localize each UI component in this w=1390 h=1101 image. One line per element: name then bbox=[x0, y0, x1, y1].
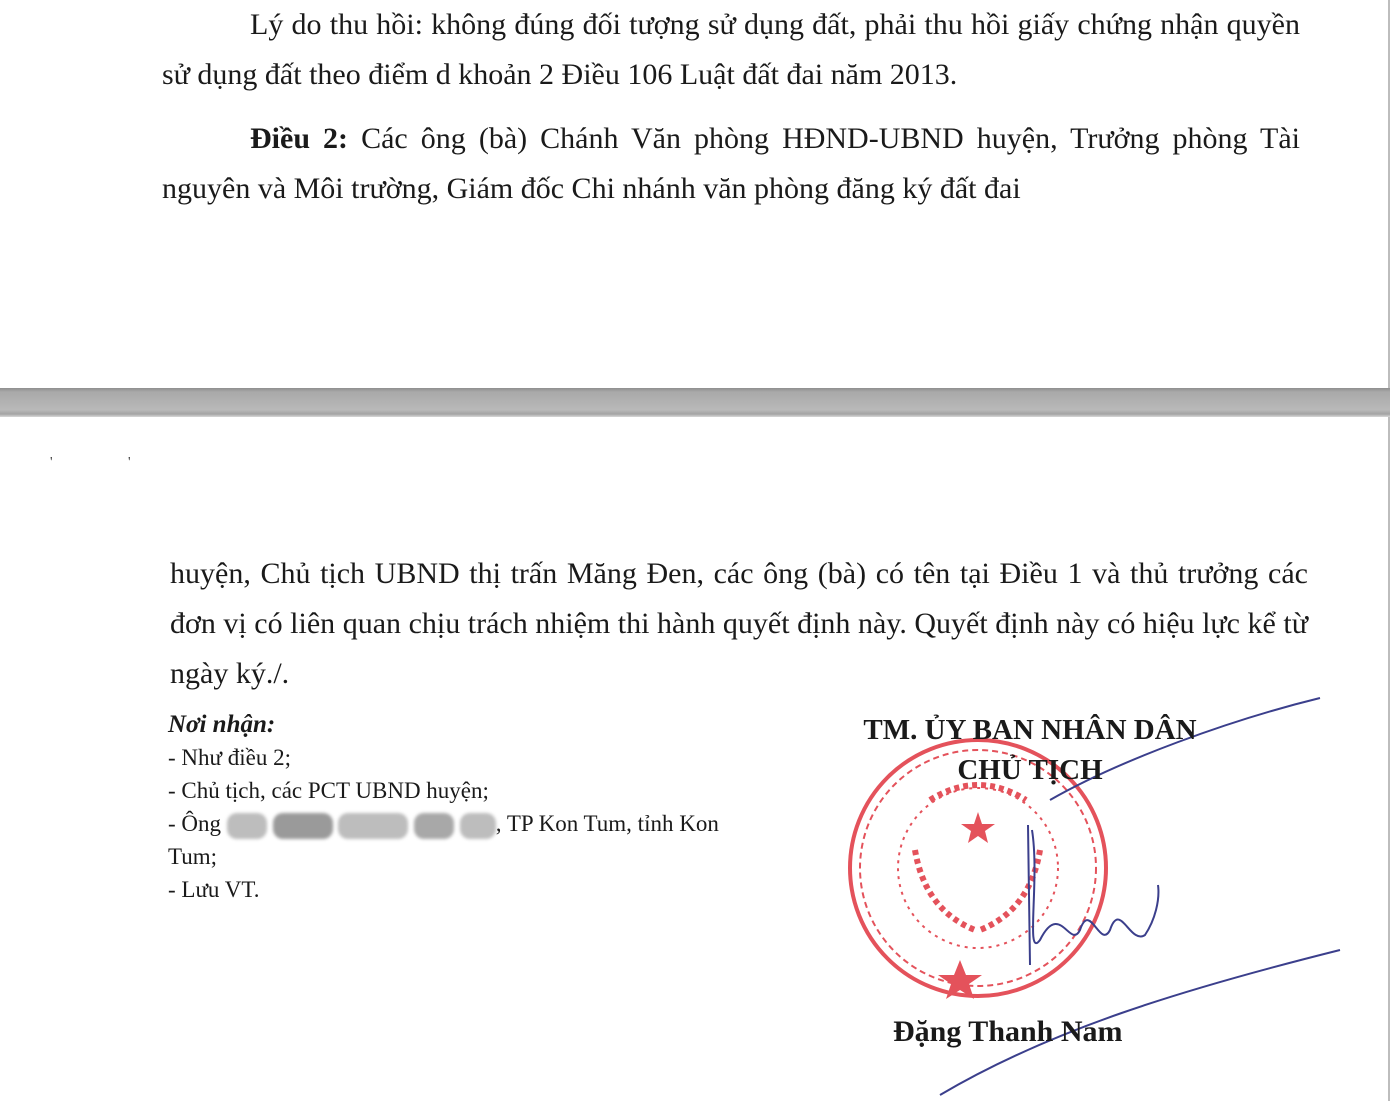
signature-role-line: CHỦ TỊCH bbox=[800, 750, 1260, 790]
document-page-top: Lý do thu hồi: không đúng đối tượng sử d… bbox=[0, 0, 1390, 388]
recipients-block: Nơi nhận: - Như điều 2; - Chủ tịch, các … bbox=[168, 708, 728, 906]
page-separator bbox=[0, 388, 1390, 417]
reason-paragraph: Lý do thu hồi: không đúng đối tượng sử d… bbox=[162, 0, 1300, 100]
article-2-label: Điều 2: bbox=[250, 122, 348, 155]
redaction-blur bbox=[227, 813, 267, 839]
recipient-item: - Như điều 2; bbox=[168, 741, 728, 774]
recipients-title: Nơi nhận: bbox=[168, 708, 728, 741]
signature-block: TM. ỦY BAN NHÂN DÂN CHỦ TỊCH bbox=[800, 710, 1260, 790]
signer-name: Đặng Thanh Nam bbox=[893, 1015, 1123, 1049]
article-2-continuation: huyện, Chủ tịch UBND thị trấn Măng Đen, … bbox=[170, 549, 1308, 699]
recipient-item: - Chủ tịch, các PCT UBND huyện; bbox=[168, 774, 728, 807]
article-2-paragraph: Điều 2: Các ông (bà) Chánh Văn phòng HĐN… bbox=[162, 114, 1300, 214]
redaction-blur bbox=[338, 813, 408, 839]
signature-org-line: TM. ỦY BAN NHÂN DÂN bbox=[800, 710, 1260, 750]
redaction-blur bbox=[460, 813, 496, 839]
redaction-blur bbox=[273, 813, 333, 839]
redaction-blur bbox=[414, 813, 454, 839]
recipient-item: - Lưu VT. bbox=[168, 873, 728, 906]
recipient-item-redacted: - Ông , TP Kon Tum, tỉnh Kon Tum; bbox=[168, 807, 728, 873]
stray-marks: ' ' bbox=[50, 455, 167, 471]
